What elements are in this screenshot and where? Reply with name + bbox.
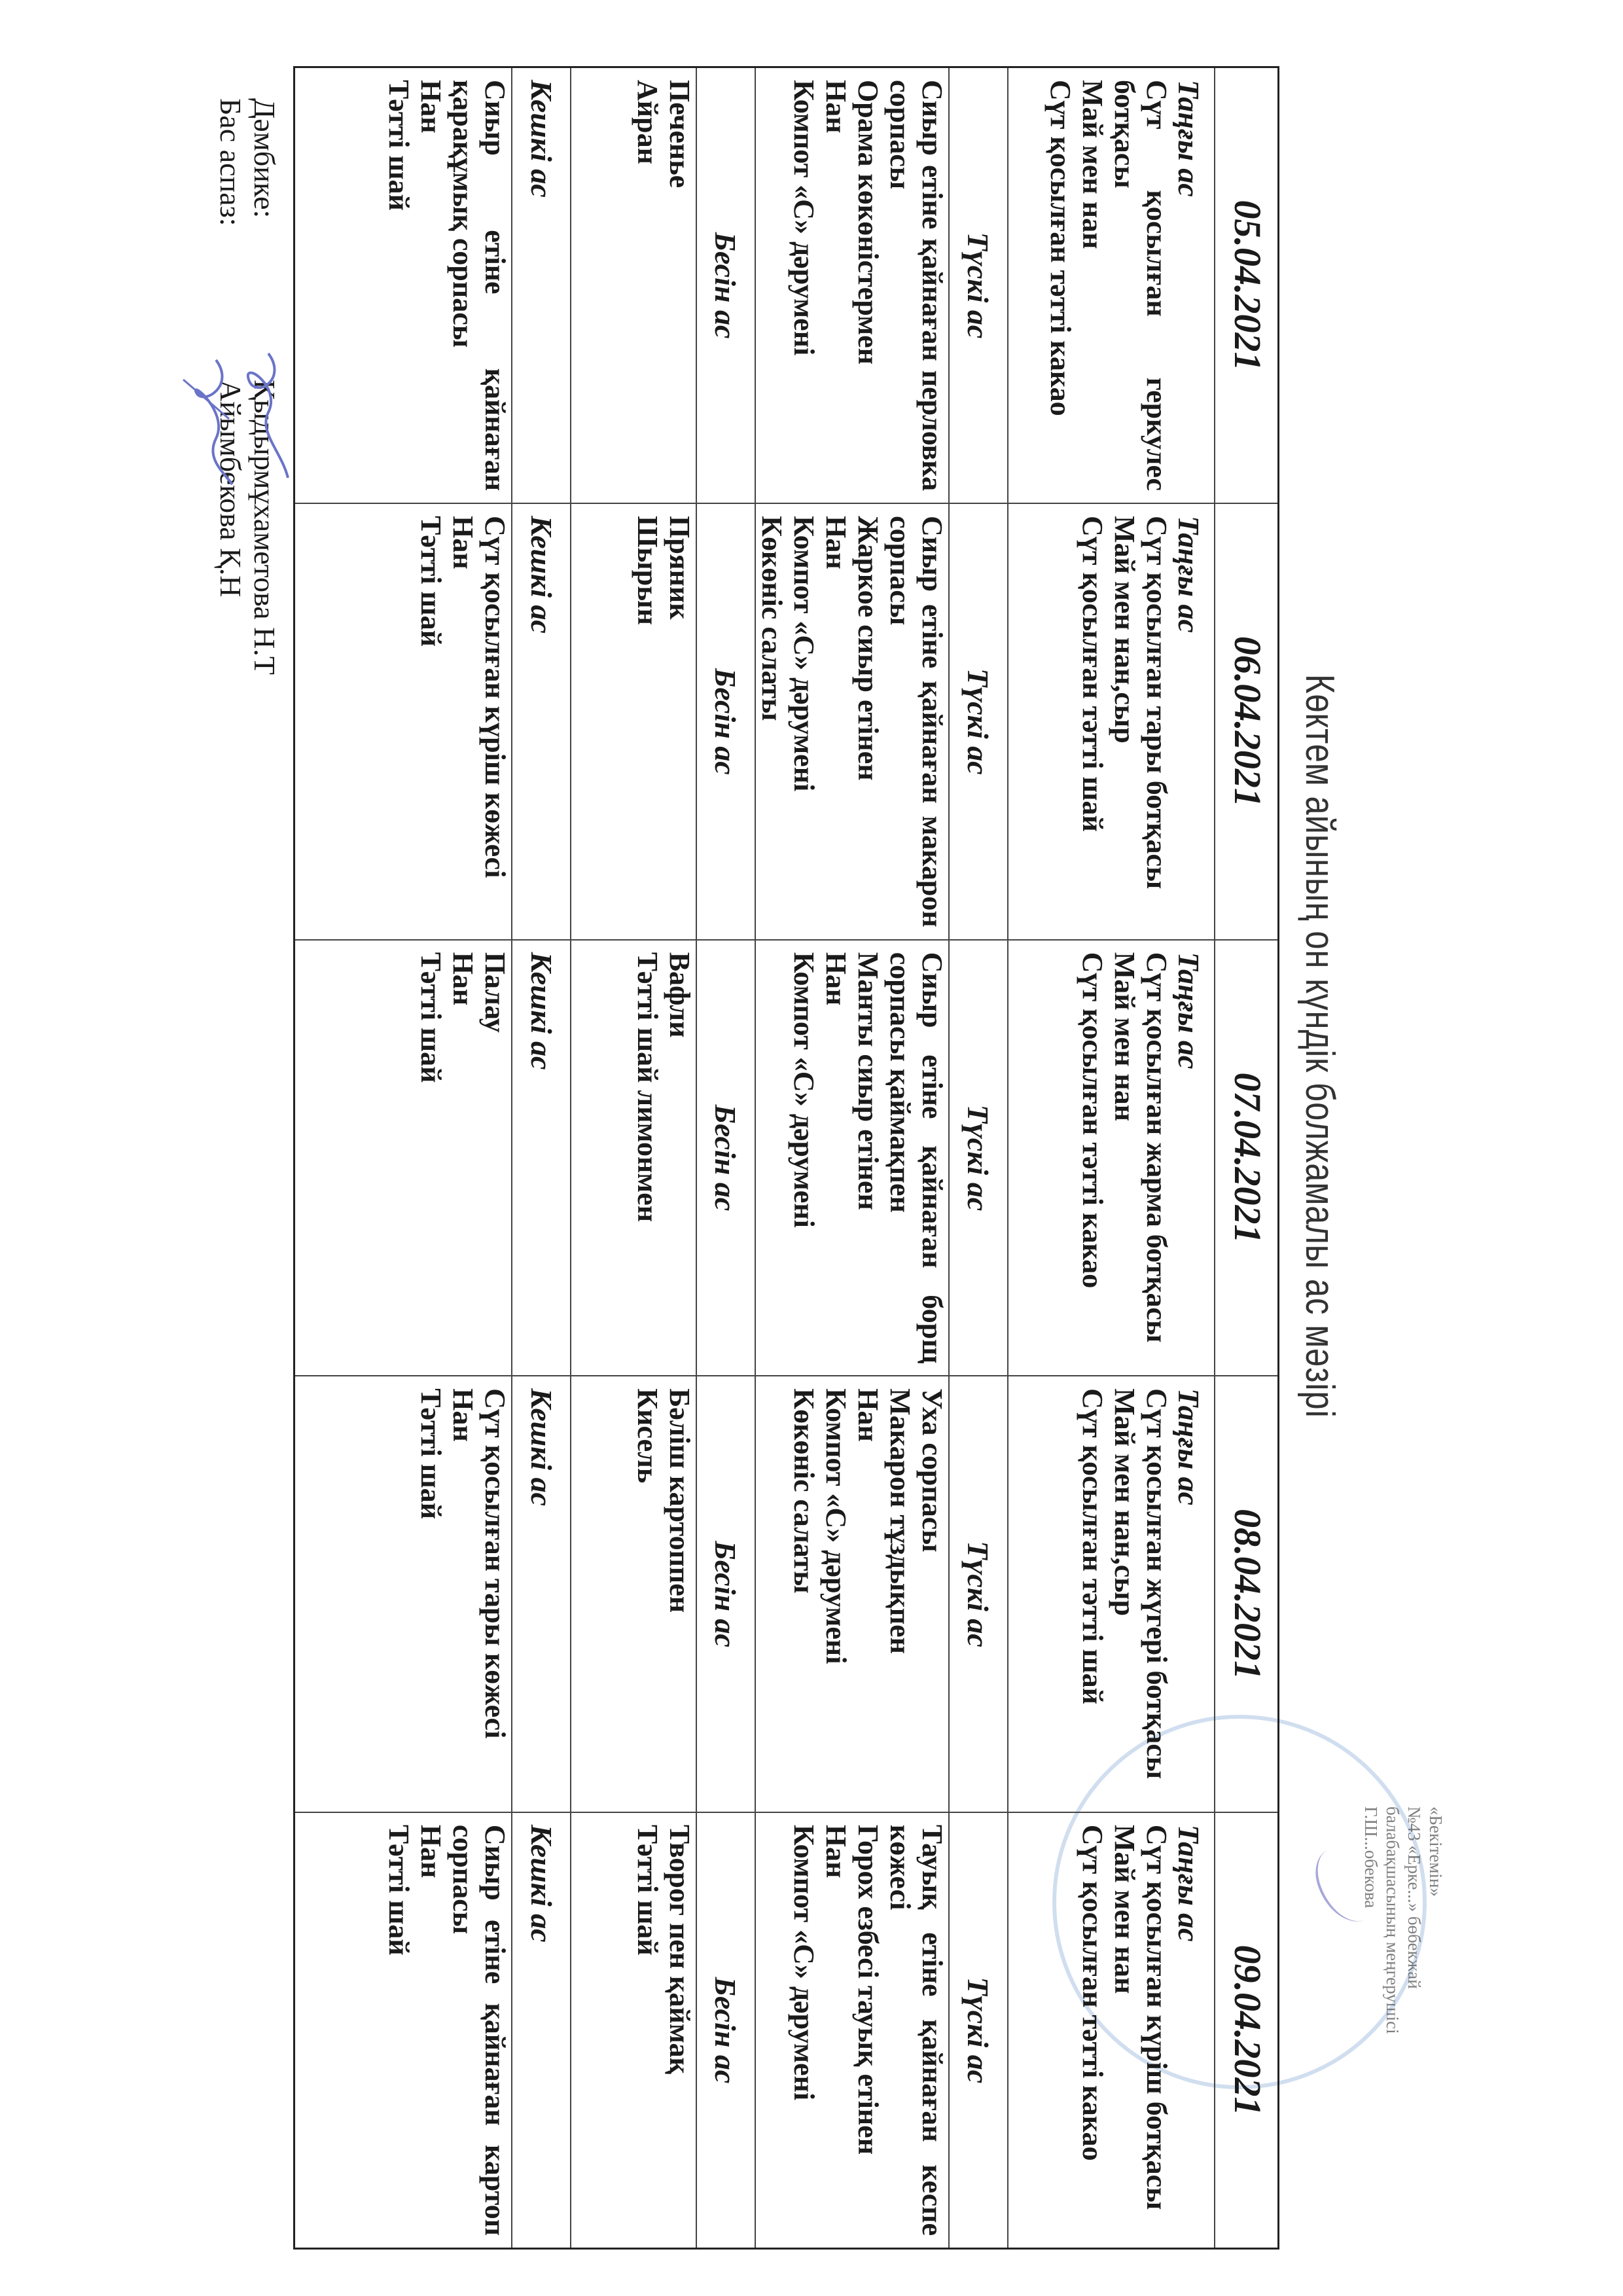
dinner-label: Кешкі ас: [525, 1825, 558, 1943]
snack-cell: ПряникШырын: [571, 503, 696, 940]
menu-item: Май мен нан,сыр: [1109, 516, 1141, 927]
lunch-cell: Сиыр етіне қайнаған макарон сорпасыЖарко…: [755, 503, 949, 940]
menu-item: Тауық етіне қайнаған кеспе көжесі: [884, 1825, 948, 2236]
stamp-text: «Бекітемін» №43 «Ерке...» бөбекжай балаб…: [1360, 1806, 1446, 2147]
signature-role: Дәмбике:: [247, 98, 281, 281]
menu-item: Тәтті шай: [415, 516, 447, 927]
day-date: 09.04.2021: [1227, 1945, 1270, 2115]
menu-item: Горох езбесі тауық етінен: [852, 1825, 884, 2236]
dinner-label: Кешкі ас: [525, 952, 558, 1070]
menu-item: Сүт қосылған тары көжесі: [479, 1388, 511, 1800]
menu-item: Сиыр етіне қайнаған қарақұмық сорпасы: [447, 80, 511, 491]
lunch-cell: Сиыр етіне қайнаған перловка сорпасыОрам…: [755, 67, 949, 504]
menu-item: Нан: [820, 952, 852, 1364]
snack-cell: ВафлиТәтті шай лимонмен: [571, 940, 696, 1376]
snack-header-cell: Бесін ас: [696, 1812, 755, 2249]
dinner-header-cell: Кешкі ас: [512, 1376, 571, 1812]
menu-table: 05.04.202106.04.202107.04.202108.04.2021…: [293, 66, 1279, 2250]
menu-item: Тәтті шай: [415, 1388, 447, 1800]
signature-role: Бас аспаз:: [213, 98, 247, 281]
breakfast-label: Таңғы ас: [1173, 1825, 1205, 2236]
menu-item: Пряник: [664, 516, 696, 927]
day-header-cell: 06.04.2021: [1215, 503, 1279, 940]
menu-item: Компот «С» дәрумені: [788, 1825, 820, 2236]
snack-header-cell: Бесін ас: [696, 67, 755, 504]
menu-item: Шырын: [632, 516, 664, 927]
breakfast-cell: Таңғы асСүт қосылған күріш ботқасыМай ме…: [1008, 1812, 1215, 2249]
stamp-line: балабақшасының меңгерушісі: [1382, 1806, 1403, 2147]
breakfast-label: Таңғы ас: [1173, 1388, 1205, 1800]
menu-item: Тәтті шай: [632, 1825, 664, 2236]
menu-item: Нан: [447, 1388, 479, 1800]
menu-item: Сүт қосылған тәтті какао: [1077, 952, 1109, 1364]
menu-item: Сүт қосылған тәтті какао: [1077, 1825, 1109, 2236]
lunch-label: Түскі ас: [963, 516, 995, 927]
menu-item: Көкөніс салаты: [788, 1388, 820, 1800]
menu-item: Сиыр етіне қайнаған перловка сорпасы: [884, 80, 948, 491]
snack-label: Бесін ас: [710, 1825, 742, 2236]
lunch-header-cell: Түскі ас: [949, 940, 1008, 1376]
breakfast-cell: Таңғы асСүт қосылған тары ботқасыМай мен…: [1008, 503, 1215, 940]
menu-item: Сүт қосылған геркулес ботқасы: [1109, 80, 1173, 491]
menu-item: Орама көкөністермен: [852, 80, 884, 491]
menu-item: Май мен нан,сыр: [1109, 1388, 1141, 1800]
dinner-cell: Сиыр етіне қайнаған картоп сорпасыНанТәт…: [294, 1812, 512, 2249]
snack-header-cell: Бесін ас: [696, 503, 755, 940]
lunch-header-cell: Түскі ас: [949, 67, 1008, 504]
menu-item: Нан: [820, 516, 852, 927]
stamp-line: «Бекітемін»: [1425, 1806, 1446, 2147]
handwritten-signature-icon: [177, 340, 294, 491]
menu-item: Көкөніс салаты: [756, 516, 788, 927]
dinner-label: Кешкі ас: [525, 80, 558, 198]
menu-item: Май мен нан: [1109, 1825, 1141, 2236]
menu-item: Компот «С» дәрумені: [820, 1388, 852, 1800]
breakfast-cell: Таңғы асСүт қосылған жарма ботқасыМай ме…: [1008, 940, 1215, 1376]
menu-item: Жаркое сиыр етінен: [852, 516, 884, 927]
menu-item: Нан: [415, 80, 447, 491]
day-date: 06.04.2021: [1227, 636, 1270, 807]
menu-item: Сүт қосылған тәтті шай: [1077, 1388, 1109, 1800]
day-date: 05.04.2021: [1227, 200, 1270, 371]
dinner-cell: Сүт қосылған күріш көжесіНанТәтті шай: [294, 503, 512, 940]
menu-item: Компот «С» дәрумені: [788, 80, 820, 491]
snack-label: Бесін ас: [710, 516, 742, 927]
day-date: 08.04.2021: [1227, 1509, 1270, 1679]
menu-item: Печенье: [664, 80, 696, 491]
menu-item: Нан: [415, 1825, 447, 2236]
menu-item: Нан: [820, 1825, 852, 2236]
dinner-header-cell: Кешкі ас: [512, 940, 571, 1376]
menu-item: Тәтті шай: [383, 80, 415, 491]
menu-item: Тәтті шай: [383, 1825, 415, 2236]
dinner-cell: ПалауНанТәтті шай: [294, 940, 512, 1376]
menu-item: Нан: [820, 80, 852, 491]
day-header-cell: 09.04.2021: [1215, 1812, 1279, 2249]
menu-item: Творог пен қаймақ: [664, 1825, 696, 2236]
menu-item: Макарон тұздықпен: [884, 1388, 916, 1800]
menu-item: Компот «С» дәрумені: [788, 516, 820, 927]
breakfast-label: Таңғы ас: [1173, 516, 1205, 927]
menu-item: Уха сорпасы: [916, 1388, 948, 1800]
lunch-label: Түскі ас: [963, 1388, 995, 1800]
menu-item: Палау: [479, 952, 511, 1364]
snack-cell: Бәліш картоппенКисель: [571, 1376, 696, 1812]
day-header-cell: 05.04.2021: [1215, 67, 1279, 504]
menu-item: Сүт қосылған тәтті какао: [1044, 80, 1077, 491]
menu-item: Вафли: [664, 952, 696, 1364]
snack-cell: Творог пен қаймақТәтті шай: [571, 1812, 696, 2249]
lunch-header-cell: Түскі ас: [949, 503, 1008, 940]
document-title: Көктем айының он күндік болжамалы ас мәз…: [1296, 674, 1343, 1587]
dinner-cell: Сиыр етіне қайнаған қарақұмық сорпасыНан…: [294, 67, 512, 504]
menu-item: Май мен нан: [1109, 952, 1141, 1364]
menu-item: Тәтті шай лимонмен: [632, 952, 664, 1364]
lunch-cell: Уха сорпасыМакарон тұздықпенНанКомпот «С…: [755, 1376, 949, 1812]
menu-item: Тәтті шай: [415, 952, 447, 1364]
menu-item: Сүт қосылған күріш көжесі: [479, 516, 511, 927]
dinner-cell: Сүт қосылған тары көжесіНанТәтті шай: [294, 1376, 512, 1812]
menu-item: Компот «С» дәрумені: [788, 952, 820, 1364]
menu-item: Нан: [447, 952, 479, 1364]
lunch-cell: Тауық етіне қайнаған кеспе көжесіГорох е…: [755, 1812, 949, 2249]
snack-label: Бесін ас: [710, 1388, 742, 1800]
menu-item: Сиыр етіне қайнаған макарон сорпасы: [884, 516, 948, 927]
lunch-cell: Сиыр етіне қайнаған борщ сорпасы қаймақп…: [755, 940, 949, 1376]
day-header-cell: 08.04.2021: [1215, 1376, 1279, 1812]
menu-item: Сүт қосылған жарма ботқасы: [1141, 952, 1173, 1364]
dinner-label: Кешкі ас: [525, 516, 558, 634]
lunch-header-cell: Түскі ас: [949, 1812, 1008, 2249]
menu-item: Сиыр етіне қайнаған борщ сорпасы қаймақп…: [884, 952, 948, 1364]
day-date: 07.04.2021: [1227, 1072, 1270, 1243]
menu-item: Манты сиыр етінен: [852, 952, 884, 1364]
menu-item: Айран: [632, 80, 664, 491]
dinner-header-cell: Кешкі ас: [512, 503, 571, 940]
stamp-line: №43 «Ерке...» бөбекжай: [1403, 1806, 1425, 2147]
snack-cell: ПеченьеАйран: [571, 67, 696, 504]
breakfast-cell: Таңғы асСүт қосылған геркулес ботқасыМай…: [1008, 67, 1215, 504]
snack-header-cell: Бесін ас: [696, 1376, 755, 1812]
breakfast-cell: Таңғы асСүт қосылған жүгері ботқасыМай м…: [1008, 1376, 1215, 1812]
menu-item: Нан: [852, 1388, 884, 1800]
menu-item: Май мен нан: [1077, 80, 1109, 491]
lunch-label: Түскі ас: [963, 952, 995, 1364]
menu-item: Сүт қосылған тары ботқасы: [1141, 516, 1173, 927]
menu-item: Бәліш картоппен: [664, 1388, 696, 1800]
breakfast-label: Таңғы ас: [1173, 952, 1205, 1364]
day-header-cell: 07.04.2021: [1215, 940, 1279, 1376]
menu-item: Сиыр етіне қайнаған картоп сорпасы: [447, 1825, 511, 2236]
menu-item: Кисель: [632, 1388, 664, 1800]
snack-label: Бесін ас: [710, 952, 742, 1364]
breakfast-label: Таңғы ас: [1173, 80, 1205, 491]
menu-item: Сүт қосылған жүгері ботқасы: [1141, 1388, 1173, 1800]
snack-header-cell: Бесін ас: [696, 940, 755, 1376]
lunch-header-cell: Түскі ас: [949, 1376, 1008, 1812]
lunch-label: Түскі ас: [963, 80, 995, 491]
dinner-label: Кешкі ас: [525, 1388, 558, 1506]
snack-label: Бесін ас: [710, 80, 742, 491]
menu-item: Сүт қосылған күріш ботқасы: [1141, 1825, 1173, 2236]
menu-item: Нан: [447, 516, 479, 927]
menu-document: «Бекітемін» №43 «Ерке...» бөбекжай балаб…: [0, 0, 1623, 2296]
menu-item: Сүт қосылған тәтті шай: [1077, 516, 1109, 927]
dinner-header-cell: Кешкі ас: [512, 67, 571, 504]
dinner-header-cell: Кешкі ас: [512, 1812, 571, 2249]
lunch-label: Түскі ас: [963, 1825, 995, 2236]
